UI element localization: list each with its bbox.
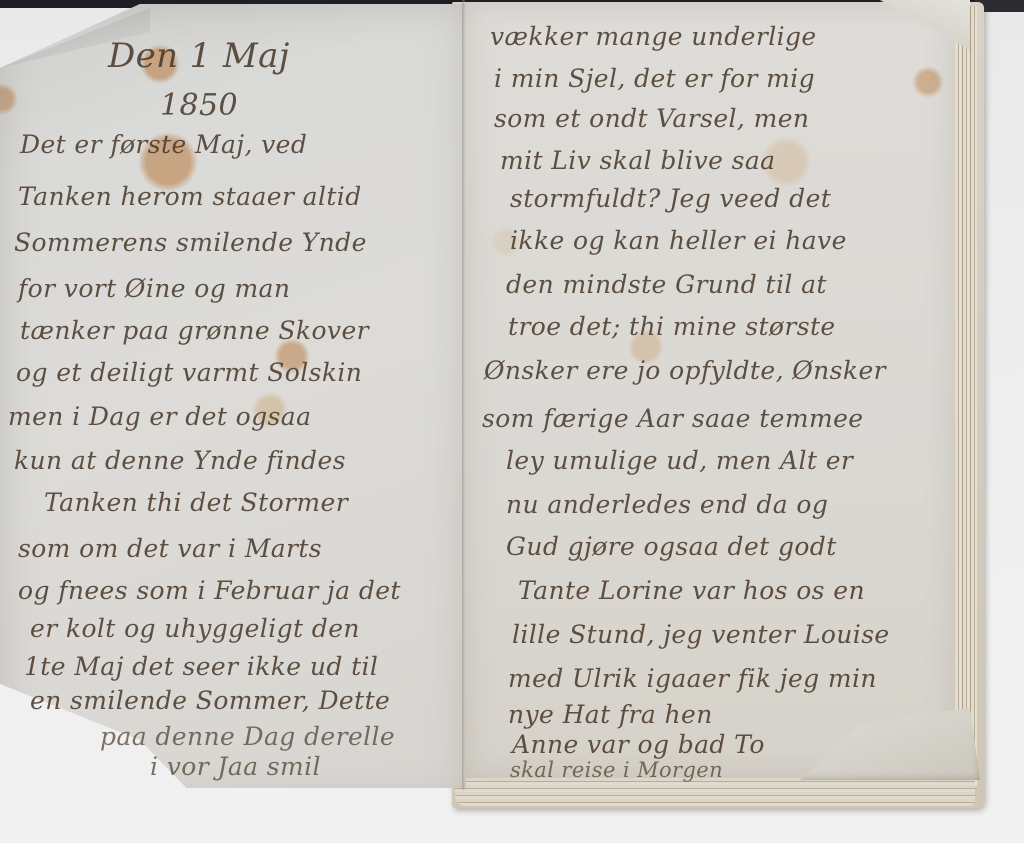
left-line: er kolt og uhyggeligt den <box>30 614 360 643</box>
right-line: som færige Aar saae temmee <box>482 404 863 433</box>
right-line: som et ondt Varsel, men <box>494 104 809 133</box>
left-line: paa denne Dag derelle <box>100 722 395 751</box>
page-edges-bottom <box>455 778 975 806</box>
left-line: og fnees som i Februar ja det <box>18 576 401 605</box>
left-line: kun at denne Ynde findes <box>14 446 346 475</box>
left-line: og et deiligt varmt Solskin <box>16 358 362 387</box>
right-line: ley umulige ud, men Alt er <box>506 446 853 475</box>
right-line: Anne var og bad To <box>512 730 765 759</box>
left-line: som om det var i Marts <box>18 534 322 563</box>
left-line: Sommerens smilende Ynde <box>14 228 367 257</box>
left-line: men i Dag er det ogsaa <box>8 402 311 431</box>
entry-year: 1850 <box>160 88 238 123</box>
scanned-document: Den 1 Maj 1850 Det er første Maj, ved Ta… <box>0 0 1024 843</box>
entry-date-heading: Den 1 Maj <box>108 36 290 76</box>
left-line: Tanken herom staaer altid <box>18 182 362 211</box>
right-line: den mindste Grund til at <box>506 270 827 299</box>
right-line: i min Sjel, det er for mig <box>494 64 815 93</box>
page-gutter <box>462 0 465 790</box>
right-line: skal reise i Morgen <box>510 758 723 782</box>
right-line: lille Stund, jeg venter Louise <box>512 620 890 649</box>
right-line: nye Hat fra hen <box>508 700 713 729</box>
right-line: Tante Lorine var hos os en <box>518 576 865 605</box>
right-line: vækker mange underlige <box>490 22 817 51</box>
right-line: troe det; thi mine største <box>508 312 836 341</box>
left-line: i vor Jaa smil <box>150 752 321 781</box>
left-line: for vort Øine og man <box>18 274 290 303</box>
left-line: Tanken thi det Stormer <box>44 488 348 517</box>
right-line: Ønsker ere jo opfyldte, Ønsker <box>484 356 886 385</box>
left-line: tænker paa grønne Skover <box>20 316 369 345</box>
left-line: en smilende Sommer, Dette <box>30 686 390 715</box>
page-edges-right <box>955 6 977 786</box>
right-line: ikke og kan heller ei have <box>510 226 847 255</box>
right-line: mit Liv skal blive saa <box>500 146 776 175</box>
right-line: nu anderledes end da og <box>506 490 828 519</box>
right-line: Gud gjøre ogsaa det godt <box>506 532 837 561</box>
left-line: 1te Maj det seer ikke ud til <box>24 652 378 681</box>
right-line: stormfuldt? Jeg veed det <box>510 184 831 213</box>
left-line: Det er første Maj, ved <box>20 130 307 159</box>
right-line: med Ulrik igaaer fik jeg min <box>508 664 877 693</box>
